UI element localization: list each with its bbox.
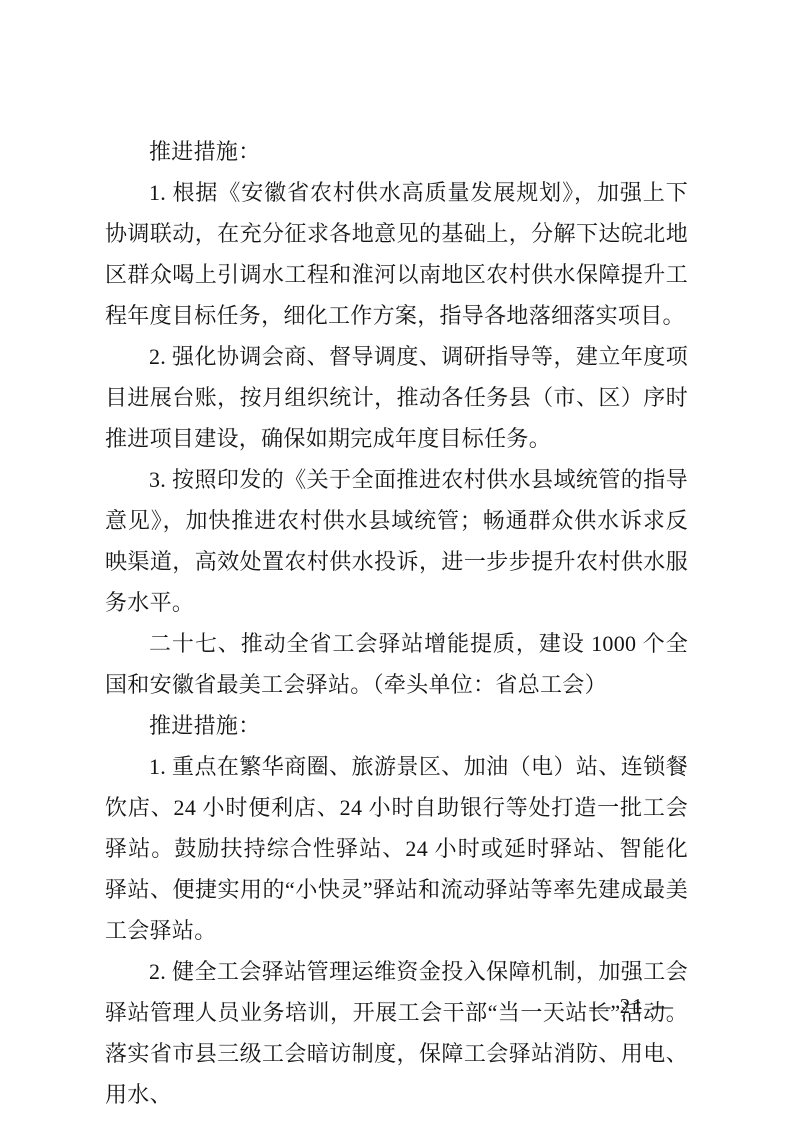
measure-item-1: 1. 根据《安徽省农村供水高质量发展规划》，加强上下协调联动，在充分征求各地意见… — [105, 172, 688, 336]
measure-item-27-1: 1. 重点在繁华商圈、旅游景区、加油（电）站、连锁餐饮店、24 小时便利店、24… — [105, 746, 688, 951]
measure-item-3: 3. 按照印发的《关于全面推进农村供水县域统管的指导意见》，加快推进农村供水县域… — [105, 459, 688, 623]
measures-label-2: 推进措施： — [105, 705, 688, 746]
measure-item-2: 2. 强化协调会商、督导调度、调研指导等，建立年度项目进展台账，按月组织统计，推… — [105, 336, 688, 459]
measure-item-27-2: 2. 健全工会驿站管理运维资金投入保障机制，加强工会驿站管理人员业务培训，开展工… — [105, 951, 688, 1115]
page-number: — 21 — — [590, 991, 676, 1021]
measures-label: 推进措施： — [105, 131, 688, 172]
document-page: 推进措施： 1. 根据《安徽省农村供水高质量发展规划》，加强上下协调联动，在充分… — [0, 0, 793, 1122]
document-body: 推进措施： 1. 根据《安徽省农村供水高质量发展规划》，加强上下协调联动，在充分… — [105, 131, 688, 1115]
section-heading-27: 二十七、推动全省工会驿站增能提质，建设 1000 个全国和安徽省最美工会驿站。（… — [105, 623, 688, 705]
